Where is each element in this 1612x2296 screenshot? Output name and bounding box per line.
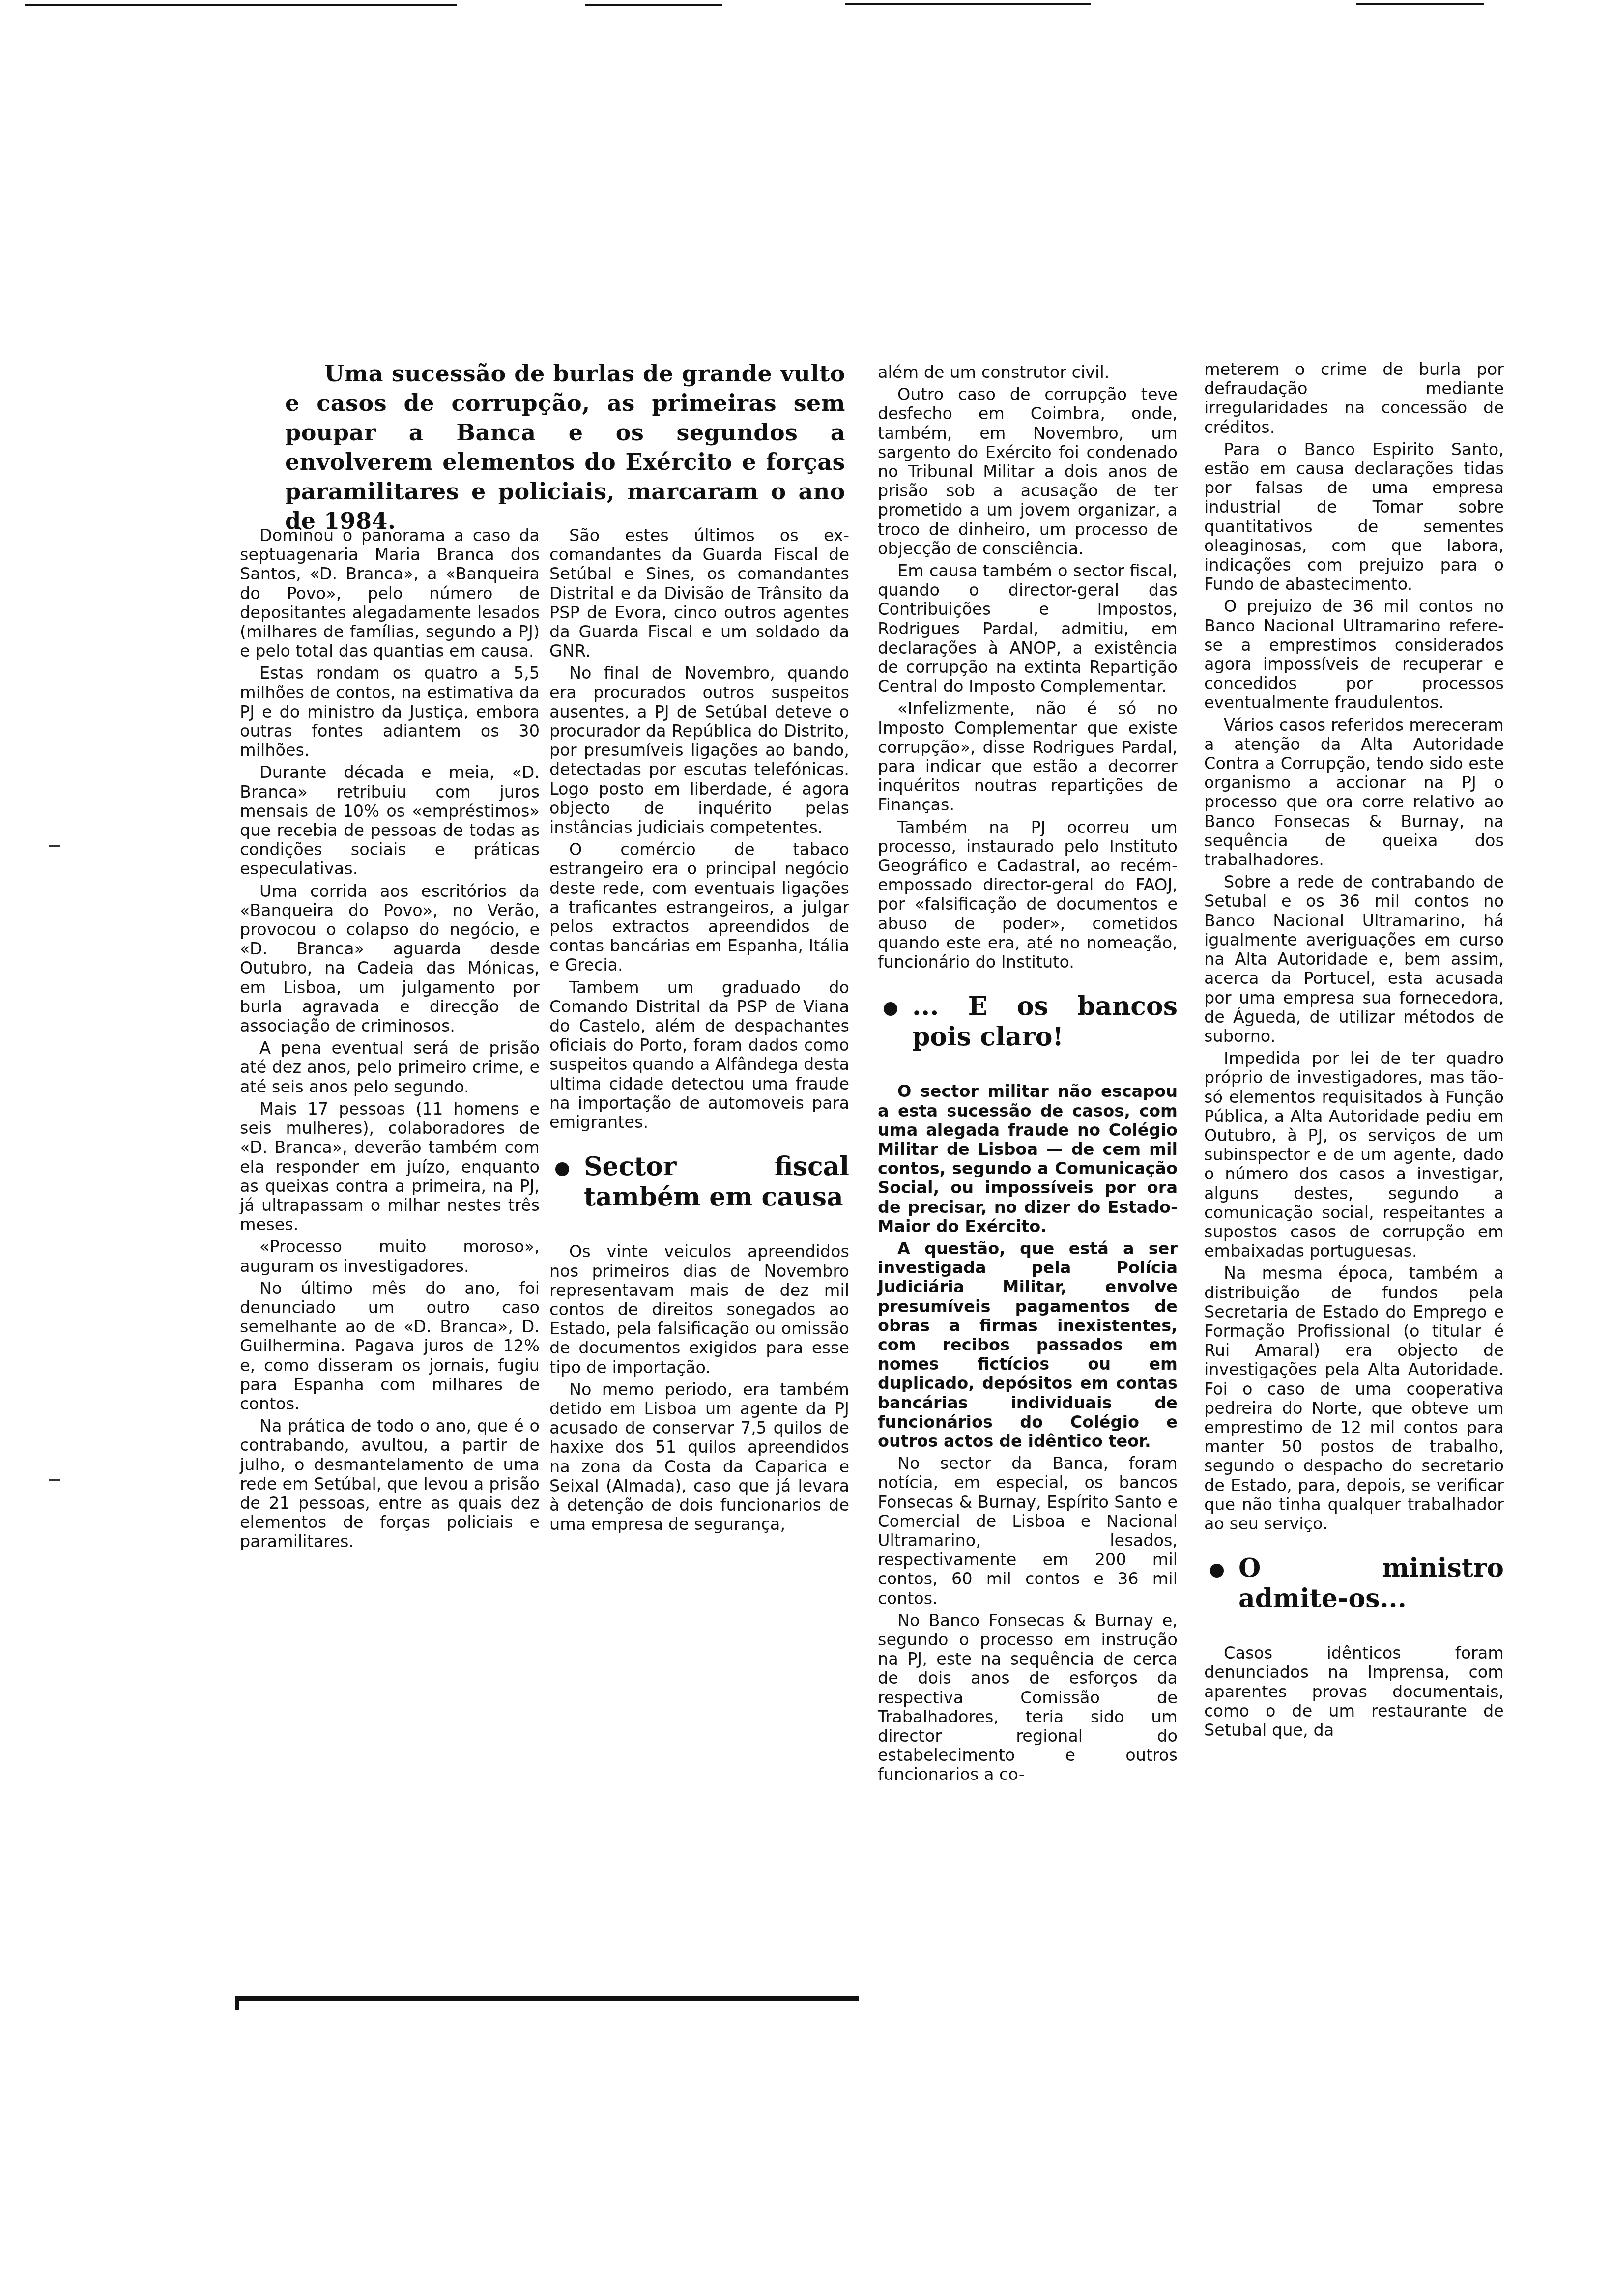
- article-paragraph: Vários casos referidos mereceram a atenç…: [1204, 716, 1504, 870]
- subheading-text: ... E os bancos pois claro!: [912, 991, 1178, 1052]
- article-paragraph: além de um construtor civil.: [878, 363, 1178, 382]
- section-subheading: ... E os bancos pois claro!: [878, 991, 1178, 1052]
- article-paragraph: Durante década e meia, «D. Branca» retri…: [240, 763, 540, 878]
- subheading-text: Sector fiscal também em causa: [584, 1151, 849, 1212]
- section-subheading: O ministro admite-os...: [1204, 1553, 1504, 1614]
- margin-mark: [49, 845, 60, 847]
- article-paragraph: No Banco Fonsecas & Burnay e, segundo o …: [878, 1611, 1178, 1784]
- article-paragraph: Dominou o panorama a caso da septuagenar…: [240, 526, 540, 660]
- article-column-2: São estes últimos os ex-comandantes da G…: [549, 526, 849, 1537]
- article-paragraph: O sector militar não escapou a esta suce…: [878, 1082, 1178, 1236]
- article-paragraph: meterem o crime de burla por defraudação…: [1204, 360, 1504, 437]
- article-column-4: meterem o crime de burla por defraudação…: [1204, 360, 1504, 1743]
- article-column-3: além de um construtor civil.Outro caso d…: [878, 363, 1178, 1787]
- section-subheading: Sector fiscal também em causa: [549, 1151, 849, 1212]
- article-paragraph: Mais 17 pessoas (11 homens e seis mulher…: [240, 1099, 540, 1234]
- scan-edge-line: [845, 3, 1091, 5]
- scan-edge-line: [25, 4, 457, 6]
- article-paragraph: Casos idênticos foram denunciados na Imp…: [1204, 1643, 1504, 1740]
- article-paragraph: Outro caso de corrupção teve desfecho em…: [878, 385, 1178, 558]
- article-paragraph: A pena eventual será de prisão até dez a…: [240, 1038, 540, 1096]
- section-divider-tick: [235, 1996, 239, 2010]
- article-paragraph: Impedida por lei de ter quadro próprio d…: [1204, 1049, 1504, 1261]
- article-column-1: Dominou o panorama a caso da septuagenar…: [240, 526, 540, 1554]
- bullet-icon: [884, 1002, 897, 1016]
- margin-mark: [49, 1479, 60, 1481]
- article-paragraph: Tambem um graduado do Comando Distrital …: [549, 978, 849, 1132]
- section-divider-rule: [235, 1996, 859, 2001]
- article-paragraph: «Processo muito moroso», auguram os inve…: [240, 1237, 540, 1275]
- article-paragraph: São estes últimos os ex-comandantes da G…: [549, 526, 849, 660]
- article-paragraph: Uma corrida aos escritórios da «Banqueir…: [240, 882, 540, 1036]
- scan-edge-line: [1356, 3, 1484, 5]
- article-paragraph: Estas rondam os quatro a 5,5 milhões de …: [240, 663, 540, 760]
- article-paragraph: O prejuizo de 36 mil contos no Banco Nac…: [1204, 597, 1504, 712]
- subheading-text: O ministro admite-os...: [1238, 1553, 1504, 1613]
- bullet-icon: [1210, 1564, 1224, 1578]
- article-paragraph: No sector da Banca, foram notícia, em es…: [878, 1454, 1178, 1608]
- article-paragraph: Os vinte veiculos apreendidos nos primei…: [549, 1242, 849, 1377]
- article-paragraph: «Infelizmente, não é só no Imposto Compl…: [878, 699, 1178, 814]
- bullet-icon: [555, 1162, 569, 1176]
- article-paragraph: No memo periodo, era também detido em Li…: [549, 1380, 849, 1534]
- article-paragraph: Em causa também o sector fiscal, quando …: [878, 561, 1178, 696]
- article-paragraph: Sobre a rede de contrabando de Setubal e…: [1204, 872, 1504, 1046]
- article-paragraph: A questão, que está a ser investigada pe…: [878, 1239, 1178, 1451]
- article-paragraph: No final de Novembro, quando era procura…: [549, 663, 849, 837]
- article-lede: Uma sucessão de burlas de grande vulto e…: [285, 359, 845, 536]
- article-paragraph: O comércio de tabaco estrangeiro era o p…: [549, 840, 849, 975]
- scan-edge-line: [585, 4, 722, 6]
- article-paragraph: No último mês do ano, foi denunciado um …: [240, 1279, 540, 1413]
- article-paragraph: Na prática de todo o ano, que é o contra…: [240, 1416, 540, 1551]
- article-paragraph: Também na PJ ocorreu um processo, instau…: [878, 818, 1178, 972]
- article-paragraph: Para o Banco Espirito Santo, estão em ca…: [1204, 440, 1504, 594]
- article-paragraph: Na mesma época, também a distribuição de…: [1204, 1263, 1504, 1533]
